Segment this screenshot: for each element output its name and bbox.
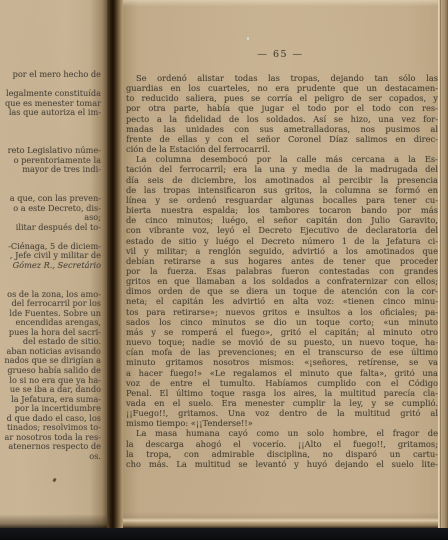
left-page-text-column: por el mero hecho delegalmente constituí… (0, 70, 101, 461)
text-line: de las tropas intensificaron sus gritos,… (126, 185, 438, 195)
text-line: tos para retirarse»; nuevos gritos e ins… (126, 307, 438, 317)
right-page: — 65 — Se ordenó alistar todas las tropa… (123, 0, 438, 528)
text-line: tación del ferrocarril; era la una y med… (126, 164, 438, 174)
text-line: vil y militar; a renglón seguido, advirt… (126, 246, 438, 256)
text-line (0, 127, 101, 137)
text-line: voz de entre el tumulto. Habíamos cumpli… (126, 378, 438, 388)
text-line: atenernos respecto de (0, 442, 101, 452)
text-line: con vibrante voz, leyó el Decreto Ejecut… (126, 225, 438, 235)
text-line: más y se romperá el fuego», gritó el cap… (126, 327, 438, 337)
text-line: to reducido saliera, pues se corría el p… (126, 93, 438, 103)
text-line: estado de sitio y luégo el Decreto númer… (126, 236, 438, 246)
text-line: línea y se ordenó resguardar algunas boc… (126, 195, 438, 205)
text-line (0, 175, 101, 185)
text-line: día seis de diciembre, los amotinados al… (126, 175, 438, 185)
text-line: vada en el suelo. Era menester cumplir l… (126, 398, 438, 408)
text-line: ción de la Estación del ferrocarril. (126, 144, 438, 154)
text-line: gritos en que llamaban a los soldados a … (126, 276, 438, 286)
text-line: las que autoriza el im- (0, 108, 101, 118)
text-line: cían mofa de las prevenciones; en el tra… (126, 347, 438, 357)
page-number: — 65 — (123, 49, 438, 60)
text-line: debían retirarse a sus hogares antes de … (126, 256, 438, 266)
text-line: mismo tiempo: «¡¡Tenderse!!» (126, 418, 438, 428)
text-line: ¡¡Fuego!!, gritamos. Una voz dentro de l… (126, 408, 438, 418)
book-spine-gutter (107, 0, 123, 528)
text-line: de cinco minutos; luégo, el señor capitá… (126, 215, 438, 225)
paper-speck (247, 37, 249, 40)
text-line: sados los cinco minutos se dio un toque … (126, 317, 438, 327)
text-line: os. (0, 452, 101, 462)
text-line: neta; el capitán les advirtió en alta vo… (126, 296, 438, 306)
text-line: Penal. El último toque rasga los aires, … (126, 388, 438, 398)
text-line: madas las unidades con sus ametralladora… (126, 124, 438, 134)
text-line: bierta nuestra espalda; los tambores toc… (126, 205, 438, 215)
text-line (0, 270, 101, 280)
text-line: por otra parte, había que jugar el todo … (126, 103, 438, 113)
text-line: por el mero hecho de (0, 70, 101, 80)
text-line: minuto gritamos nosotros mismos: «¡señor… (126, 357, 438, 367)
text-line: la descarga ahogó el vocerío. ¡¡Alto el … (126, 439, 438, 449)
text-line: Se ordenó alistar todas las tropas, deja… (126, 73, 438, 83)
fore-edge-page-stack (438, 0, 448, 528)
text-line: mayor de tres indi- (0, 165, 101, 175)
text-line: ilitar después del to- (0, 223, 101, 233)
backdrop-bottom-band (0, 528, 448, 540)
text-line: pecto a la fidelidad de los soldados. As… (126, 114, 438, 124)
text-line: nuevo toque; nadie se movió de su puesto… (126, 337, 438, 347)
text-line: dimos orden de que se diera un toque de … (126, 286, 438, 296)
ink-speck (52, 478, 56, 483)
right-page-text-column: Se ordenó alistar todas las tropas, deja… (126, 73, 438, 469)
text-line (0, 118, 101, 128)
text-line: la tropa, con admirable disciplina, no d… (126, 449, 438, 459)
book-scan: por el mero hecho delegalmente constituí… (0, 0, 448, 540)
text-line: La masa humana cayó como un solo hombre,… (126, 428, 438, 438)
text-line: por la fuerza. Esas palabras fueron cont… (126, 266, 438, 276)
left-page: por el mero hecho delegalmente constituí… (0, 0, 107, 528)
text-line: guardias en los cuarteles, no era pruden… (126, 83, 438, 93)
text-line: cho más. La multitud se levantó y huyó d… (126, 459, 438, 469)
text-line: frente de ellas y con el señor Coronel D… (126, 134, 438, 144)
text-line: La columna desembocó por la calle más ce… (126, 154, 438, 164)
text-line: a hacer fuego!» «Le regalamos el minuto … (126, 368, 438, 378)
text-line: Gómez R., Secretário (0, 261, 101, 271)
